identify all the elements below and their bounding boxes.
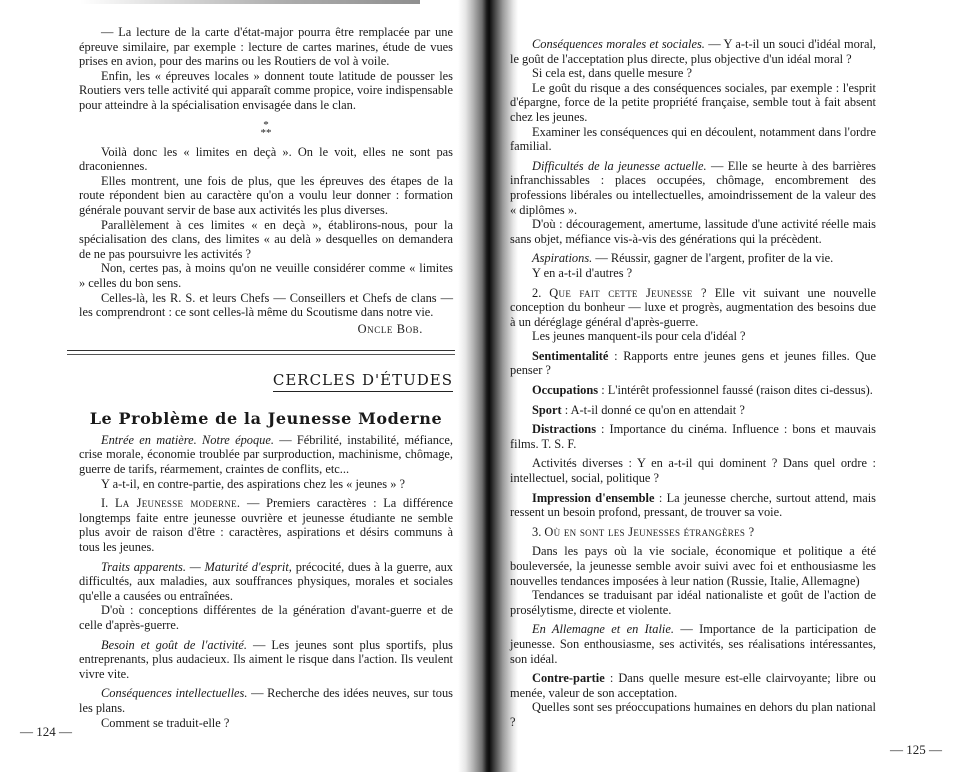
topic-label: Sentimentalité <box>532 349 608 363</box>
paragraph-dou-decouragement: D'où : découragement, amertume, lassitud… <box>510 217 876 246</box>
paragraph-limites-en-deca: Voilà donc les « limites en deçà ». On l… <box>79 145 453 174</box>
paragraph-gout-du-risque: Le goût du risque a des conséquences soc… <box>510 81 876 125</box>
paragraph-quelles-preoccupations: Quelles sont ses préoccupations humaines… <box>510 700 876 729</box>
paragraph-epreuves-locales: Enfin, les « épreuves locales » donnent … <box>79 69 453 113</box>
book-gutter-shadow <box>458 0 518 772</box>
topic-label: Activités diverses <box>532 456 623 470</box>
paragraph-carte-etat-major: — La lecture de la carte d'état-major po… <box>79 25 453 69</box>
topic-label: Distractions <box>532 422 596 436</box>
book-spread: — La lecture de la carte d'état-major po… <box>0 0 961 772</box>
right-page-text-column: Conséquences morales et sociales. — Y a-… <box>510 37 876 730</box>
part-1-heading: La Jeunesse moderne. <box>115 496 240 510</box>
paragraph-consequences-intellectuelles: Conséquences intellectuelles. — Recherch… <box>79 686 453 715</box>
lead-entree-en-matiere: Entrée en matière. Notre époque. <box>101 433 274 447</box>
section-heading-text: CERCLES D'ÉTUDES <box>273 371 453 392</box>
right-page: Conséquences morales et sociales. — Y a-… <box>510 0 961 772</box>
lead-consequences-intellectuelles: Conséquences intellectuelles. <box>101 686 247 700</box>
topic-distractions: Distractions : Importance du cinéma. Inf… <box>510 422 876 451</box>
left-page-text-column: — La lecture de la carte d'état-major po… <box>79 25 453 730</box>
lead-consequences-morales: Conséquences morales et sociales. <box>532 37 705 51</box>
topic-sentimentalite: Sentimentalité : Rapports entre jeunes g… <box>510 349 876 378</box>
page-number-left: — 124 — <box>20 724 72 740</box>
part-3-number: 3. <box>532 525 541 539</box>
asterism-separator: *** <box>79 121 453 137</box>
page-number-right: — 125 — <box>890 742 942 758</box>
lead-traits-apparents: Traits apparents. <box>101 560 186 574</box>
lead-aspirations: Aspirations. <box>532 251 592 265</box>
lead-contre-partie: Contre-partie <box>532 671 605 685</box>
section-heading: CERCLES D'ÉTUDES <box>79 373 453 389</box>
paragraph-contre-partie: Contre-partie : Dans quelle mesure est-e… <box>510 671 876 700</box>
paragraph-non-certes: Non, certes pas, à moins qu'on ne veuill… <box>79 261 453 290</box>
topic-occupations: Occupations : L'intérêt professionnel fa… <box>510 383 876 398</box>
topic-impression-ensemble: Impression d'ensemble : La jeunesse cher… <box>510 491 876 520</box>
section-divider-rule <box>67 350 455 355</box>
topic-label: Impression d'ensemble <box>532 491 655 505</box>
paragraph-autres: Y en a-t-il d'autres ? <box>510 266 876 281</box>
paragraph-parallelement: Parallèlement à ces limites « en deçà »,… <box>79 218 453 262</box>
article-title: Le Problème de la Jeunesse Moderne <box>79 409 453 429</box>
author-signature: Oncle Bob. <box>79 322 453 337</box>
part-2-number: 2. <box>532 286 541 300</box>
part-3-heading: Où en sont les Jeunesses étrangères ? <box>544 525 754 539</box>
paragraph-dans-les-pays: Dans les pays où la vie sociale, économi… <box>510 544 876 588</box>
topic-label: Occupations <box>532 383 598 397</box>
paragraph-part-3: 3. Où en sont les Jeunesses étrangères ? <box>510 525 876 540</box>
paragraph-si-cela-est: Si cela est, dans quelle mesure ? <box>510 66 876 81</box>
paragraph-elles-montrent: Elles montrent, une fois de plus, que le… <box>79 174 453 218</box>
lead-difficultes: Difficultés de la jeunesse actuelle. <box>532 159 707 173</box>
paragraph-entree-en-matiere: Entrée en matière. Notre époque. — Fébri… <box>79 433 453 477</box>
paragraph-dou: D'où : conceptions différentes de la gén… <box>79 603 453 632</box>
paragraph-examiner: Examiner les conséquences qui en découle… <box>510 125 876 154</box>
paragraph-part-1: I. La Jeunesse moderne. — Premiers carac… <box>79 496 453 554</box>
paragraph-traits-apparents: Traits apparents. — Maturité d'esprit, p… <box>79 560 453 604</box>
paragraph-tendances: Tendances se traduisant par idéal nation… <box>510 588 876 617</box>
paragraph-difficultes: Difficultés de la jeunesse actuelle. — E… <box>510 159 876 217</box>
paragraph-aspirations-question: Y a-t-il, en contre-partie, des aspirati… <box>79 477 453 492</box>
topic-label: Sport <box>532 403 562 417</box>
paragraph-consequences-morales: Conséquences morales et sociales. — Y a-… <box>510 37 876 66</box>
part-1-number: I. <box>101 496 108 510</box>
left-page: — La lecture de la carte d'état-major po… <box>0 0 470 772</box>
part-2-heading: Que fait cette Jeunesse ? <box>549 286 706 300</box>
paragraph-comment-se-traduit: Comment se traduit-elle ? <box>79 716 453 731</box>
paragraph-aspirations: Aspirations. — Réussir, gagner de l'arge… <box>510 251 876 266</box>
paragraph-allemagne-italie: En Allemagne et en Italie. — Importance … <box>510 622 876 666</box>
paragraph-manquent-ideal: Les jeunes manquent-ils pour cela d'idéa… <box>510 329 876 344</box>
lead-allemagne-italie: En Allemagne et en Italie. <box>532 622 674 636</box>
topic-activites-diverses: Activités diverses : Y en a-t-il qui dom… <box>510 456 876 485</box>
paragraph-besoin-activite: Besoin et goût de l'activité. — Les jeun… <box>79 638 453 682</box>
topic-sport: Sport : A-t-il donné ce qu'on en attenda… <box>510 403 876 418</box>
paragraph-celles-la: Celles-là, les R. S. et leurs Chefs — Co… <box>79 291 453 320</box>
lead-besoin-activite: Besoin et goût de l'activité. <box>101 638 247 652</box>
paragraph-part-2: 2. Que fait cette Jeunesse ? Elle vit su… <box>510 286 876 330</box>
